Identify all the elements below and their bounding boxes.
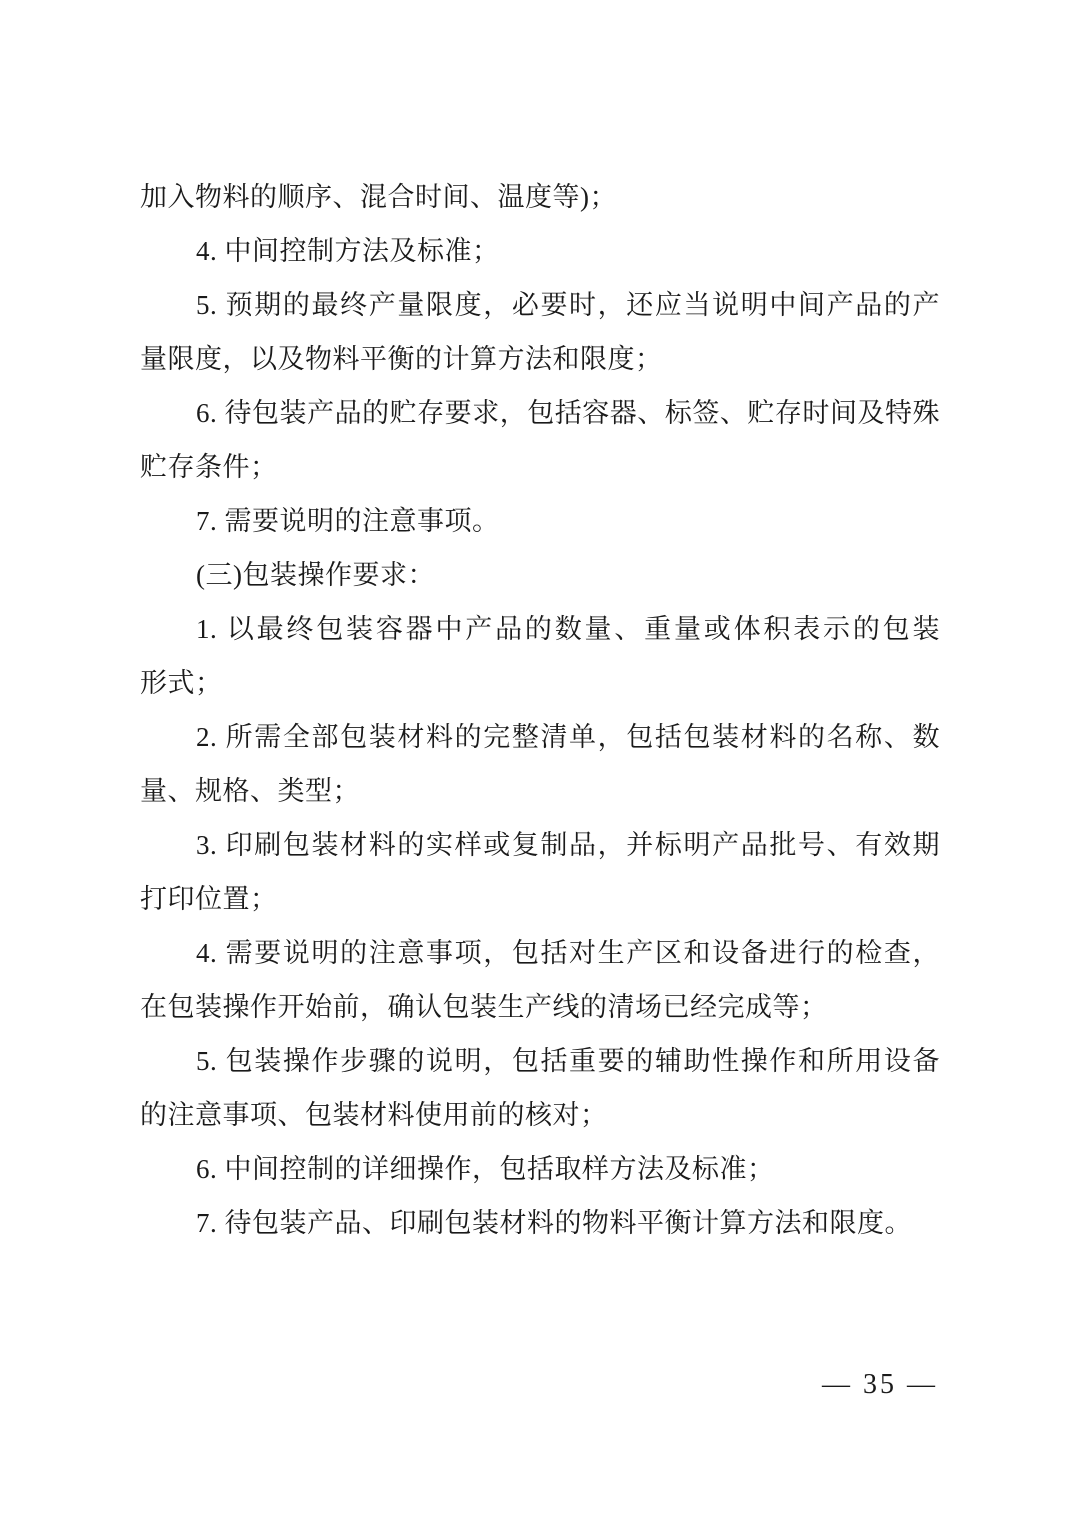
text-line: 6. 中间控制的详细操作，包括取样方法及标准；	[140, 1142, 940, 1196]
text-line: 的注意事项、包装材料使用前的核对；	[140, 1088, 940, 1142]
text-line: (三)包装操作要求：	[140, 548, 940, 602]
text-line: 2. 所需全部包装材料的完整清单，包括包装材料的名称、数	[140, 710, 940, 764]
text-line: 7. 需要说明的注意事项。	[140, 494, 940, 548]
document-page: 加入物料的顺序、混合时间、温度等)；4. 中间控制方法及标准；5. 预期的最终产…	[0, 0, 1080, 1527]
text-line: 3. 印刷包装材料的实样或复制品，并标明产品批号、有效期	[140, 818, 940, 872]
text-line: 加入物料的顺序、混合时间、温度等)；	[140, 170, 940, 224]
text-line: 6. 待包装产品的贮存要求，包括容器、标签、贮存时间及特殊	[140, 386, 940, 440]
text-line: 5. 包装操作步骤的说明，包括重要的辅助性操作和所用设备	[140, 1034, 940, 1088]
text-line: 1. 以最终包装容器中产品的数量、重量或体积表示的包装	[140, 602, 940, 656]
text-line: 7. 待包装产品、印刷包装材料的物料平衡计算方法和限度。	[140, 1196, 940, 1250]
text-line: 贮存条件；	[140, 440, 940, 494]
text-line: 打印位置；	[140, 872, 940, 926]
text-line: 4. 需要说明的注意事项，包括对生产区和设备进行的检查，	[140, 926, 940, 980]
text-line: 量限度，以及物料平衡的计算方法和限度；	[140, 332, 940, 386]
text-line: 5. 预期的最终产量限度，必要时，还应当说明中间产品的产	[140, 278, 940, 332]
text-line: 在包装操作开始前，确认包装生产线的清场已经完成等；	[140, 980, 940, 1034]
text-line: 形式；	[140, 656, 940, 710]
text-line: 4. 中间控制方法及标准；	[140, 224, 940, 278]
page-number: — 35 —	[822, 1368, 938, 1402]
body-text: 加入物料的顺序、混合时间、温度等)；4. 中间控制方法及标准；5. 预期的最终产…	[140, 170, 940, 1250]
text-line: 量、规格、类型；	[140, 764, 940, 818]
